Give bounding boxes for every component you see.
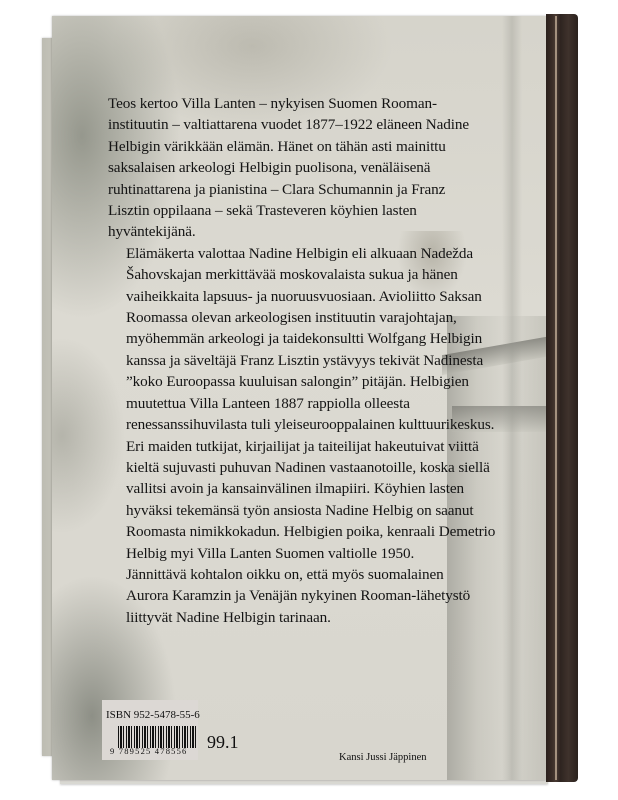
blurb-line: kieltä sujuvasti puhuvan Nadinen vastaan… (108, 457, 518, 478)
cover-credit: Kansi Jussi Jäppinen (339, 752, 427, 763)
blurb-line: hyväntekijänä. (108, 221, 518, 242)
spine-highlight-line (555, 16, 557, 780)
barcode-digits: 9 789525 478556 (110, 746, 188, 756)
blurb-line: Teos kertoo Villa Lanten – nykyisen Suom… (108, 93, 518, 114)
blurb-line: ”koko Euroopassa kuuluisan salongin” pit… (108, 371, 518, 392)
blurb-line: vaiheikkaita lapsuus- ja nuoruusvuosiaan… (108, 286, 518, 307)
blurb-line: Roomasta nimikkokadun. Helbigien poika, … (108, 521, 518, 542)
blurb-line: myöhemmän arkeologi ja taidekonsultti Wo… (108, 328, 518, 349)
blurb-line: kanssa ja säveltäjä Franz Lisztin ystävy… (108, 350, 518, 371)
blurb-line: Helbigin värikkään elämän. Hänet on tähä… (108, 136, 518, 157)
blurb-line: muutettua Villa Lanteen 1887 rappiolla o… (108, 393, 518, 414)
isbn-number: ISBN 952-5478-55-6 (106, 709, 200, 721)
blurb-line: hyväksi tekemänsä työn ansiosta Nadine H… (108, 500, 518, 521)
blurb-line: Šahovskajan merkittävää moskovalaista su… (108, 264, 518, 285)
blurb-line: vallitsi avoin ja kansainvälinen ilmapii… (108, 478, 518, 499)
book-spine (546, 14, 578, 782)
blurb-line: saksalaisen arkeologi Helbigin puolisona… (108, 157, 518, 178)
blurb-paragraph: Teos kertoo Villa Lanten – nykyisen Suom… (108, 93, 518, 243)
blurb-paragraph: Jännittävä kohtalon oikku on, että myös … (108, 564, 518, 628)
blurb-paragraph: Elämäkerta valottaa Nadine Helbigin eli … (108, 243, 518, 564)
blurb-line: ruhtinattarena ja pianistina – Clara Sch… (108, 179, 518, 200)
blurb-line: instituutin – valtiattarena vuodet 1877–… (108, 114, 518, 135)
classification-code: 99.1 (207, 732, 239, 753)
blurb-line: Lisztin oppilaana – sekä Trasteveren köy… (108, 200, 518, 221)
blurb-line: Aurora Karamzin ja Venäjän nykyinen Room… (108, 585, 518, 606)
blurb-line: liittyvät Nadine Helbigin tarinaan. (108, 607, 518, 628)
blurb-text: Teos kertoo Villa Lanten – nykyisen Suom… (108, 93, 518, 628)
blurb-line: Eri maiden tutkijat, kirjailijat ja tait… (108, 436, 518, 457)
blurb-line: renessanssihuvilasta tuli yleiseurooppal… (108, 414, 518, 435)
barcode (118, 726, 196, 748)
blurb-line: Elämäkerta valottaa Nadine Helbigin eli … (108, 243, 518, 264)
blurb-line: Jännittävä kohtalon oikku on, että myös … (108, 564, 518, 585)
blurb-line: Helbig myi Villa Lanten Suomen valtiolle… (108, 543, 518, 564)
blurb-line: Roomassa olevan arkeologisen instituutin… (108, 307, 518, 328)
